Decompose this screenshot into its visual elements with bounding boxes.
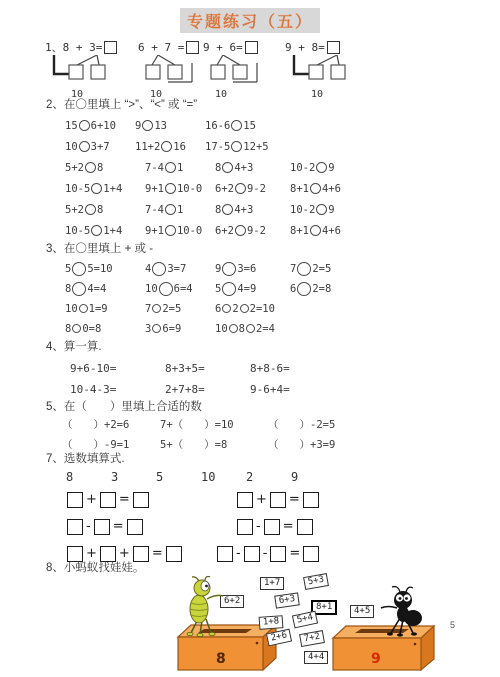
comparison-circle[interactable] (79, 120, 90, 131)
equation-box[interactable] (237, 492, 253, 508)
math-cell: 6+29-2 (215, 225, 290, 237)
math-cell: 54=9 (215, 282, 290, 296)
math-text: 17-5 (205, 141, 230, 153)
math-text: 2 (232, 303, 238, 315)
bond-box[interactable] (331, 65, 345, 79)
math-text: 5 (215, 283, 221, 295)
math-cell: 17-512+5 (205, 141, 500, 153)
math-text: 5 (65, 263, 71, 275)
math-text: 8 (65, 283, 71, 295)
math-text: 8 (65, 323, 71, 335)
math-row: 10-4-3=2+7+8=9-6+4= (0, 379, 500, 400)
comparison-circle[interactable] (235, 183, 246, 194)
bond-expression-text: 9 + 6= (203, 41, 243, 54)
number-option[interactable]: 9 (291, 470, 336, 484)
bond-expression: 9 + 6= (203, 40, 283, 54)
math-text: 10-5 (65, 225, 90, 237)
comparison-circle[interactable] (310, 183, 321, 194)
math-text: 10 (65, 303, 78, 315)
comparison-circle[interactable] (297, 282, 311, 296)
expression-card: 1+7 (260, 577, 284, 590)
black-ant-icon (372, 585, 432, 640)
comparison-circle[interactable] (85, 162, 96, 173)
bond-box[interactable] (309, 65, 323, 79)
equation-box[interactable] (133, 492, 149, 508)
section-compare-header: 2、在〇里填上 “>”、“<” 或 “=” (0, 96, 500, 112)
math-text: 4+6 (322, 183, 341, 195)
equation-template: -= (235, 513, 315, 540)
equation-box[interactable] (237, 519, 253, 535)
operator: = (119, 492, 130, 507)
math-text: 9 (215, 263, 221, 275)
operator: + (256, 492, 267, 507)
math-text: 10 (65, 141, 78, 153)
math-row: 101=972=5622=10 (0, 299, 500, 319)
worksheet-page: { "title": "专题练习（五）", "page_number": "5"… (0, 0, 500, 677)
section-choose-numbers: 7、选数填算式. 8351029 +=+=-=-=++=--= (0, 450, 500, 567)
math-row: 84=4106=454=962=8 (0, 279, 500, 299)
comparison-circle[interactable] (142, 120, 153, 131)
section-fill-number: 5、在（ ）里填上合适的数 （ ）+2=67+（ ）=10（ ）-2=5（ ）-… (0, 398, 500, 454)
math-cell: 84+3 (215, 204, 290, 216)
comparison-circle[interactable] (235, 225, 246, 236)
math-text: 8 (215, 162, 221, 174)
comparison-circle[interactable] (240, 304, 249, 313)
math-cell: 10-29 (290, 204, 500, 216)
comparison-circle[interactable] (231, 120, 242, 131)
math-expression: 9-6+4= (250, 383, 500, 396)
equation-template: -= (65, 519, 145, 535)
math-expression: 8+3+5= (165, 362, 250, 375)
comparison-circle[interactable] (231, 141, 242, 152)
math-cell: 156+10 (65, 120, 135, 132)
math-cell: 5+28 (65, 162, 145, 174)
math-row: 80=836=91082=4 (0, 319, 500, 339)
comparison-circle[interactable] (316, 204, 327, 215)
comparison-circle[interactable] (165, 183, 176, 194)
math-text: 8 (215, 204, 221, 216)
math-text: 1+4 (103, 183, 122, 195)
equation-rows: +=+=-=-=++=--= (0, 486, 500, 567)
bond-box[interactable] (146, 65, 160, 79)
operator: = (289, 492, 300, 507)
math-cell: 9+110-0 (145, 225, 215, 237)
math-text: 10-0 (177, 183, 202, 195)
math-text: 6=4 (174, 283, 193, 295)
equation-box[interactable] (100, 492, 116, 508)
math-text: 4=9 (237, 283, 256, 295)
equation-template: += (235, 486, 321, 513)
equation-box[interactable] (303, 492, 319, 508)
equation-template: += (65, 492, 151, 508)
math-text: 9-2 (247, 225, 266, 237)
math-text: 4=4 (87, 283, 106, 295)
math-text: 15 (65, 120, 78, 132)
comparison-circle[interactable] (165, 204, 176, 215)
section-make-ten: 1、8 + 3=106 + 7 =109 + 6=109 + 8=10 (0, 40, 500, 96)
math-text: 16-6 (205, 120, 230, 132)
math-row: 103+711+21617-512+5 (0, 136, 500, 157)
math-text: 2=10 (250, 303, 275, 315)
math-text: 9 (135, 120, 141, 132)
math-text: 3+7 (91, 141, 110, 153)
equation-row: -=-= (0, 513, 500, 540)
comparison-circle[interactable] (165, 225, 176, 236)
number-option[interactable]: 10 (201, 470, 246, 484)
math-cell: 36=9 (145, 323, 215, 335)
math-expression: 10-4-3= (70, 383, 165, 396)
math-text: 7 (290, 263, 296, 275)
math-text: 10-2 (290, 162, 315, 174)
number-option[interactable]: 8 (66, 470, 111, 484)
math-text: 6+2 (215, 183, 234, 195)
equation-box[interactable] (127, 519, 143, 535)
section-calculate-header: 4、算一算. (0, 338, 500, 354)
math-cell: 5+28 (65, 204, 145, 216)
comparison-circle[interactable] (229, 324, 238, 333)
math-text: 3 (145, 323, 151, 335)
math-cell: 8+14+6 (290, 183, 500, 195)
make-ten-problem: 9 + 6=10 (203, 40, 283, 99)
math-cell: 7-41 (145, 204, 215, 216)
operator: - (86, 519, 91, 534)
math-text: 1 (177, 204, 183, 216)
bond-box[interactable] (211, 65, 225, 79)
math-cell: 16-615 (205, 120, 500, 132)
expression-card: 4+5 (350, 605, 374, 618)
math-text: 10-2 (290, 204, 315, 216)
math-cell: 101=9 (65, 303, 145, 315)
comparison-circle[interactable] (152, 262, 166, 276)
math-text: 9+1 (145, 225, 164, 237)
math-expression: （ ）+2=6 (62, 417, 160, 432)
expression-card: 4+4 (304, 651, 328, 664)
math-text: 6+2 (215, 225, 234, 237)
operator: + (86, 492, 97, 507)
number-option[interactable]: 5 (156, 470, 201, 484)
math-text: 4+3 (234, 204, 253, 216)
section-plus-minus: 3、在〇里填上 + 或 - 55=1043=793=672=584=4106=4… (0, 240, 500, 339)
math-text: 2=4 (256, 323, 275, 335)
math-text: 2=5 (312, 263, 331, 275)
math-text: 4+3 (234, 162, 253, 174)
number-options-row: 8351029 (0, 468, 500, 486)
math-text: 8 (239, 323, 245, 335)
section-fill-number-header: 5、在（ ）里填上合适的数 (0, 398, 500, 414)
comparison-circle[interactable] (222, 262, 236, 276)
comparison-circle[interactable] (152, 324, 161, 333)
comparison-circle[interactable] (91, 225, 102, 236)
answer-box[interactable] (327, 41, 340, 54)
math-row: 5+287-4184+310-29 (0, 157, 500, 178)
math-text: 3=7 (167, 263, 186, 275)
math-row: 10-51+49+110-06+29-28+14+6 (0, 220, 500, 241)
comparison-circle[interactable] (85, 204, 96, 215)
operator: - (256, 519, 261, 534)
right-box-number: 9 (371, 651, 381, 667)
number-option[interactable]: 2 (246, 470, 291, 484)
math-text: 2=5 (162, 303, 181, 315)
math-cell: 622=10 (215, 303, 500, 315)
math-expression: 7+（ ）=10 (160, 417, 268, 432)
math-text: 1 (177, 162, 183, 174)
math-cell: 80=8 (65, 323, 145, 335)
math-cell: 1082=4 (215, 323, 500, 335)
math-text: 16 (173, 141, 186, 153)
comparison-circle[interactable] (72, 282, 86, 296)
math-cell: 9+110-0 (145, 183, 215, 195)
comparison-circle[interactable] (79, 141, 90, 152)
math-cell: 10-29 (290, 162, 500, 174)
math-text: 10-5 (65, 183, 90, 195)
section-plus-minus-rows: 55=1043=793=672=584=4106=454=962=8101=97… (0, 259, 500, 339)
math-text: 4 (145, 263, 151, 275)
math-expression: 8+8-6= (250, 362, 500, 375)
equation-box[interactable] (297, 519, 313, 535)
math-row: 9+6-10=8+3+5=8+8-6= (0, 358, 500, 379)
math-cell: 72=5 (145, 303, 215, 315)
bond-box[interactable] (91, 65, 105, 79)
math-text: 0=8 (82, 323, 101, 335)
bond-box[interactable] (168, 65, 182, 79)
comparison-circle[interactable] (91, 183, 102, 194)
page-title: 专题练习（五） (180, 8, 320, 33)
bond-expression-text: 6 + 7 = (138, 41, 184, 54)
bond-expression: 1、8 + 3= (45, 40, 125, 54)
answer-box[interactable] (186, 41, 199, 54)
comparison-circle[interactable] (222, 304, 231, 313)
math-text: 7 (145, 303, 151, 315)
math-row: 156+1091316-615 (0, 115, 500, 136)
math-expression: （ ）-2=5 (268, 417, 500, 432)
bond-expression: 9 + 8= (285, 40, 365, 54)
bond-box[interactable] (69, 65, 83, 79)
section-choose-numbers-header: 7、选数填算式. (0, 450, 500, 466)
math-text: 13 (154, 120, 167, 132)
section-compare: 2、在〇里填上 “>”、“<” 或 “=” 156+1091316-615103… (0, 96, 500, 241)
math-text: 7-4 (145, 204, 164, 216)
math-text: 6 (215, 303, 221, 315)
math-text: 12+5 (243, 141, 268, 153)
math-cell: 72=5 (290, 262, 500, 276)
math-cell: 103+7 (65, 141, 135, 153)
math-text: 8 (97, 162, 103, 174)
math-text: 9 (328, 204, 334, 216)
math-text: 2=8 (312, 283, 331, 295)
comparison-circle[interactable] (159, 282, 173, 296)
math-text: 7-4 (145, 162, 164, 174)
section-calculate: 4、算一算. 9+6-10=8+3+5=8+8-6=10-4-3=2+7+8=9… (0, 338, 500, 400)
math-text: 8+1 (290, 225, 309, 237)
bond-diagram: 10 (45, 55, 125, 99)
math-cell: 106=4 (145, 282, 215, 296)
left-box-number: 8 (216, 651, 226, 667)
math-row: （ ）+2=67+（ ）=10（ ）-2=5 (0, 414, 500, 434)
math-text: 6+10 (91, 120, 116, 132)
equation-box[interactable] (270, 492, 286, 508)
operator: = (113, 519, 124, 534)
bond-box[interactable] (233, 65, 247, 79)
comparison-circle[interactable] (152, 304, 161, 313)
comparison-circle[interactable] (161, 141, 172, 152)
answer-box[interactable] (245, 41, 258, 54)
math-cell: 43=7 (145, 262, 215, 276)
equation-box[interactable] (264, 519, 280, 535)
math-text: 5=10 (87, 263, 112, 275)
operator: = (283, 519, 294, 534)
comparison-circle[interactable] (165, 162, 176, 173)
math-expression: 2+7+8= (165, 383, 250, 396)
math-text: 8+1 (290, 183, 309, 195)
ant-scene: 8 9 (160, 575, 470, 675)
bond-expression-text: 9 + 8= (285, 41, 325, 54)
math-text: 15 (243, 120, 256, 132)
comparison-circle[interactable] (316, 162, 327, 173)
section-ants: 8、小蚂蚁找娃娃。 (0, 559, 500, 575)
math-cell: 6+29-2 (215, 183, 290, 195)
expression-card: 1+8 (259, 615, 284, 630)
comparison-circle[interactable] (79, 304, 88, 313)
make-ten-problem: 9 + 8=10 (285, 40, 365, 99)
math-text: 1=9 (89, 303, 108, 315)
answer-box[interactable] (104, 41, 117, 54)
equation-box[interactable] (94, 519, 110, 535)
green-ant-icon (178, 575, 233, 639)
equation-box[interactable] (67, 519, 83, 535)
math-cell: 93=6 (215, 262, 290, 276)
math-cell: 7-41 (145, 162, 215, 174)
comparison-circle[interactable] (222, 162, 233, 173)
equation-box[interactable] (67, 492, 83, 508)
math-text: 11+2 (135, 141, 160, 153)
make-ten-problem: 1、8 + 3=10 (45, 40, 125, 99)
math-cell: 10-51+4 (65, 225, 145, 237)
math-cell: 84=4 (65, 282, 145, 296)
math-text: 3=6 (237, 263, 256, 275)
math-text: 4+6 (322, 225, 341, 237)
comparison-circle[interactable] (72, 262, 86, 276)
number-option[interactable]: 3 (111, 470, 156, 484)
math-text: 9+1 (145, 183, 164, 195)
math-text: 5+2 (65, 204, 84, 216)
math-cell: 84+3 (215, 162, 290, 174)
math-row: 10-51+49+110-06+29-28+14+6 (0, 178, 500, 199)
section-ants-header: 8、小蚂蚁找娃娃。 (0, 559, 500, 575)
math-row: 55=1043=793=672=5 (0, 259, 500, 279)
math-text: 5+2 (65, 162, 84, 174)
math-text: 1+4 (103, 225, 122, 237)
math-expression: 9+6-10= (70, 362, 165, 375)
section-fill-number-rows: （ ）+2=67+（ ）=10（ ）-2=5（ ）-9=15+（ ）=8（ ）+… (0, 414, 500, 454)
title-bar: 专题练习（五） (0, 8, 500, 33)
comparison-circle[interactable] (222, 282, 236, 296)
section-compare-rows: 156+1091316-615103+711+21617-512+55+287-… (0, 115, 500, 241)
math-cell: 10-51+4 (65, 183, 145, 195)
math-text: 10 (215, 323, 228, 335)
math-text: 8 (97, 204, 103, 216)
comparison-circle[interactable] (72, 324, 81, 333)
comparison-circle[interactable] (222, 204, 233, 215)
math-text: 9-2 (247, 183, 266, 195)
math-text: 6=9 (162, 323, 181, 335)
math-cell: 8+14+6 (290, 225, 500, 237)
math-text: 6 (290, 283, 296, 295)
math-cell: 11+216 (135, 141, 205, 153)
math-row: 5+287-4184+310-29 (0, 199, 500, 220)
comparison-circle[interactable] (310, 225, 321, 236)
comparison-circle[interactable] (297, 262, 311, 276)
section-plus-minus-header: 3、在〇里填上 + 或 - (0, 240, 500, 256)
math-cell: 55=10 (65, 262, 145, 276)
bond-diagram: 10 (203, 55, 283, 99)
math-text: 10-0 (177, 225, 202, 237)
bond-diagram: 10 (285, 55, 365, 99)
math-cell: 913 (135, 120, 205, 132)
math-cell: 62=8 (290, 282, 500, 296)
section-calculate-rows: 9+6-10=8+3+5=8+8-6=10-4-3=2+7+8=9-6+4= (0, 358, 500, 400)
math-text: 10 (145, 283, 158, 295)
comparison-circle[interactable] (246, 324, 255, 333)
math-text: 9 (328, 162, 334, 174)
bond-expression-text: 1、8 + 3= (45, 39, 102, 55)
equation-row: +=+= (0, 486, 500, 513)
